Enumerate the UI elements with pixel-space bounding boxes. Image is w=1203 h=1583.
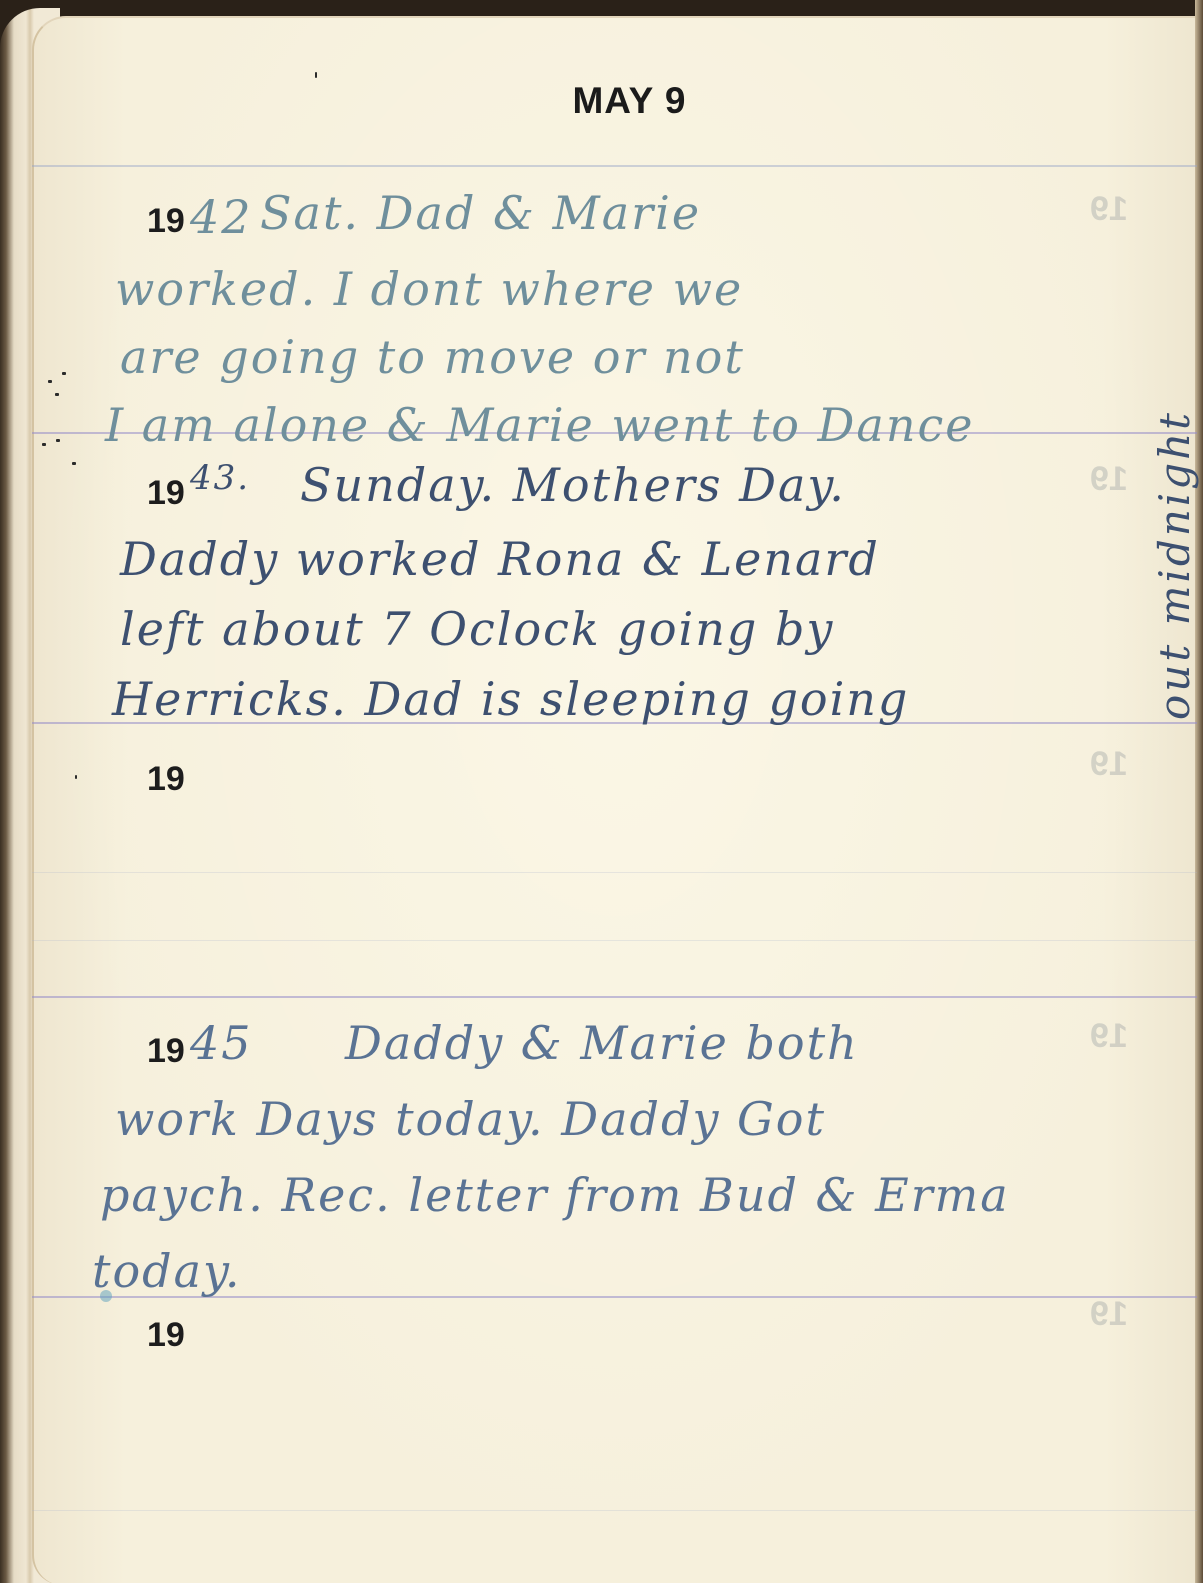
entry-line: Herricks. Dad is sleeping going <box>112 672 909 726</box>
page-right-edge <box>1195 0 1203 1583</box>
ruled-line <box>32 1510 1197 1511</box>
handwritten-year: 45 <box>190 1016 253 1070</box>
ruled-line <box>32 940 1197 941</box>
entry-line: paych. Rec. letter from Bud & Erma <box>100 1168 1010 1222</box>
bleed-through-year: 19 <box>1090 1017 1128 1056</box>
entry-line: work Days today. Daddy Got <box>115 1092 826 1146</box>
ruled-line <box>32 872 1197 873</box>
page-date-heading: MAY 9 <box>0 80 1203 122</box>
paper-speck <box>75 775 77 779</box>
paper-speck <box>55 393 59 396</box>
printed-year-label: 19 <box>147 760 185 799</box>
ruled-line <box>32 996 1197 998</box>
printed-year-label: 19 <box>147 202 185 241</box>
printed-year-label: 19 <box>147 474 185 513</box>
entry-line: Daddy & Marie both <box>345 1016 859 1070</box>
paper-speck <box>42 443 46 446</box>
printed-year-label: 19 <box>147 1032 185 1071</box>
entry-line: today. <box>92 1244 242 1298</box>
ink-blot <box>100 1290 112 1302</box>
bleed-through-year: 19 <box>1090 1295 1128 1334</box>
paper-speck <box>72 462 76 465</box>
entry-line: I am alone & Marie went to Dance <box>105 398 974 452</box>
margin-note-vertical: out midnight <box>1150 410 1199 720</box>
paper-speck <box>56 439 60 442</box>
paper-speck <box>62 372 66 375</box>
handwritten-year: 43. <box>190 458 250 498</box>
handwritten-year: 42 <box>190 190 253 244</box>
printed-year-label: 19 <box>147 1316 185 1355</box>
bleed-through-year: 19 <box>1090 190 1128 229</box>
entry-line: Sat. Dad & Marie <box>260 186 701 240</box>
entry-line: are going to move or not <box>120 330 745 384</box>
entry-line: left about 7 Oclock going by <box>120 602 834 656</box>
paper-speck <box>315 72 317 78</box>
entry-line: worked. I dont where we <box>115 262 743 316</box>
bleed-through-year: 19 <box>1090 745 1128 784</box>
paper-speck <box>48 380 52 383</box>
diary-page <box>32 16 1196 1583</box>
entry-line: Sunday. Mothers Day. <box>300 458 846 512</box>
bleed-through-year: 19 <box>1090 460 1128 499</box>
ruled-line <box>32 165 1197 167</box>
entry-line: Daddy worked Rona & Lenard <box>120 532 880 586</box>
